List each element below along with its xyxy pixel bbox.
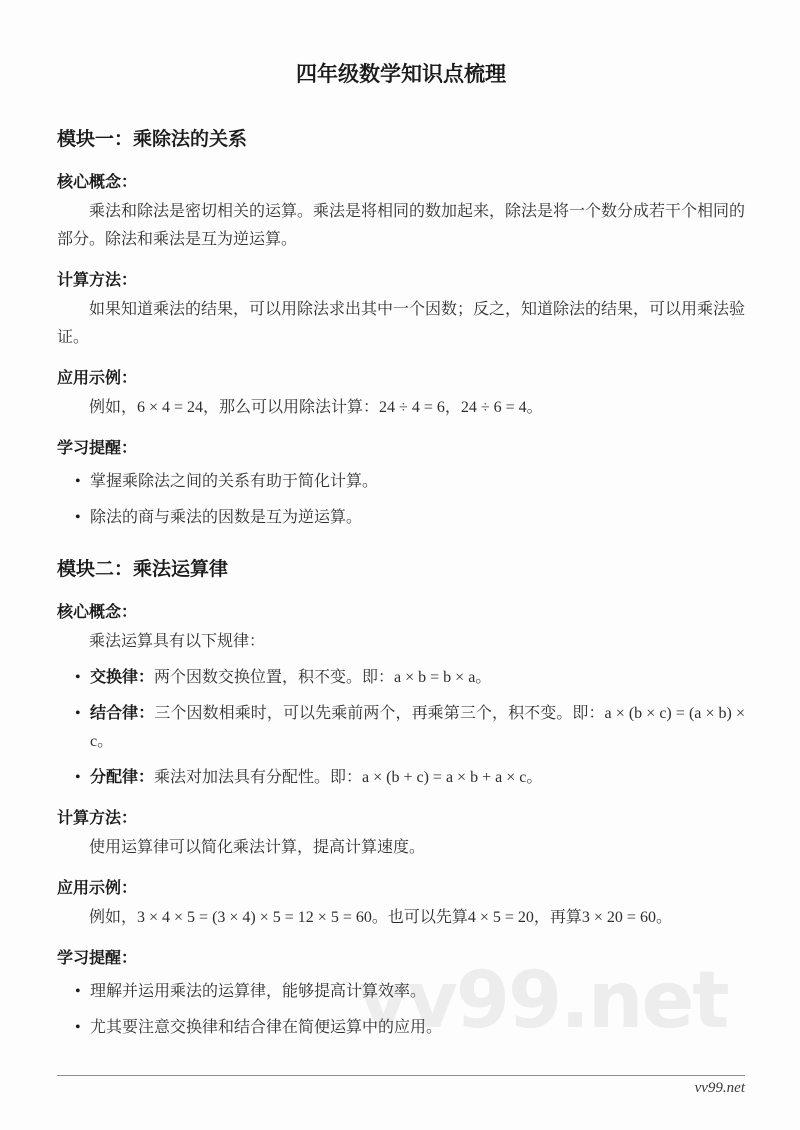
tip-text: 尤其要注意交换律和结合律在简便运算中的应用。 xyxy=(90,1019,442,1036)
section-2-tips-list: 理解并运用乘法的运算律，能够提高计算效率。 尤其要注意交换律和结合律在简便运算中… xyxy=(57,978,745,1042)
section-1-tips-list: 掌握乘除法之间的关系有助于简化计算。 除法的商与乘法的因数是互为逆运算。 xyxy=(57,468,745,532)
section-2-heading: 模块二：乘法运算律 xyxy=(57,558,745,582)
law-item: 分配律：乘法对加法具有分配性。即：a × (b + c) = a × b + a… xyxy=(57,764,745,792)
section-1-core-concept-text: 乘法和除法是密切相关的运算。乘法是将相同的数加起来，除法是将一个数分成若干个相同… xyxy=(57,198,745,254)
section-1-method-text: 如果知道乘法的结果，可以用除法求出其中一个因数；反之，知道除法的结果，可以用乘法… xyxy=(57,296,745,352)
page-footer: vv99.net xyxy=(57,1075,745,1097)
section-module-1: 模块一：乘除法的关系 核心概念： 乘法和除法是密切相关的运算。乘法是将相同的数加… xyxy=(57,128,745,532)
section-1-core-concept-label: 核心概念： xyxy=(57,172,745,194)
document-page: vv99.net 四年级数学知识点梳理 模块一：乘除法的关系 核心概念： 乘法和… xyxy=(0,0,800,1130)
section-1-example-label: 应用示例： xyxy=(57,368,745,390)
law-term: 分配律： xyxy=(90,769,154,786)
section-2-method-text: 使用运算律可以简化乘法计算，提高计算速度。 xyxy=(57,834,745,862)
law-item: 结合律：三个因数相乘时，可以先乘前两个，再乘第三个，积不变。即：a × (b ×… xyxy=(57,700,745,756)
law-term: 结合律： xyxy=(90,705,154,722)
section-2-core-concept-text: 乘法运算具有以下规律： xyxy=(57,628,745,656)
section-1-method-label: 计算方法： xyxy=(57,270,745,292)
section-1-heading: 模块一：乘除法的关系 xyxy=(57,128,745,152)
section-module-2: 模块二：乘法运算律 核心概念： 乘法运算具有以下规律： 交换律：两个因数交换位置… xyxy=(57,558,745,1042)
tip-text: 除法的商与乘法的因数是互为逆运算。 xyxy=(90,509,362,526)
law-term: 交换律： xyxy=(90,669,154,686)
footer-divider xyxy=(57,1075,745,1076)
page-title: 四年级数学知识点梳理 xyxy=(57,60,745,88)
tip-text: 理解并运用乘法的运算律，能够提高计算效率。 xyxy=(90,983,426,1000)
document-content: 四年级数学知识点梳理 模块一：乘除法的关系 核心概念： 乘法和除法是密切相关的运… xyxy=(0,60,800,1042)
section-1-tips-label: 学习提醒： xyxy=(57,438,745,460)
law-text: 乘法对加法具有分配性。即：a × (b + c) = a × b + a × c… xyxy=(154,769,542,786)
section-2-laws-list: 交换律：两个因数交换位置，积不变。即：a × b = b × a。 结合律：三个… xyxy=(57,664,745,792)
footer-site-text: vv99.net xyxy=(57,1080,745,1097)
section-2-core-concept-label: 核心概念： xyxy=(57,602,745,624)
law-text: 两个因数交换位置，积不变。即：a × b = b × a。 xyxy=(154,669,491,686)
tip-item: 掌握乘除法之间的关系有助于简化计算。 xyxy=(57,468,745,496)
law-text: 三个因数相乘时，可以先乘前两个，再乘第三个，积不变。即：a × (b × c) … xyxy=(90,705,745,750)
tip-item: 除法的商与乘法的因数是互为逆运算。 xyxy=(57,504,745,532)
section-2-tips-label: 学习提醒： xyxy=(57,948,745,970)
section-1-example-text: 例如，6 × 4 = 24，那么可以用除法计算：24 ÷ 4 = 6，24 ÷ … xyxy=(57,394,745,422)
tip-item: 尤其要注意交换律和结合律在简便运算中的应用。 xyxy=(57,1014,745,1042)
law-item: 交换律：两个因数交换位置，积不变。即：a × b = b × a。 xyxy=(57,664,745,692)
section-2-example-text: 例如，3 × 4 × 5 = (3 × 4) × 5 = 12 × 5 = 60… xyxy=(57,904,745,932)
tip-item: 理解并运用乘法的运算律，能够提高计算效率。 xyxy=(57,978,745,1006)
tip-text: 掌握乘除法之间的关系有助于简化计算。 xyxy=(90,473,378,490)
section-2-method-label: 计算方法： xyxy=(57,808,745,830)
section-2-example-label: 应用示例： xyxy=(57,878,745,900)
